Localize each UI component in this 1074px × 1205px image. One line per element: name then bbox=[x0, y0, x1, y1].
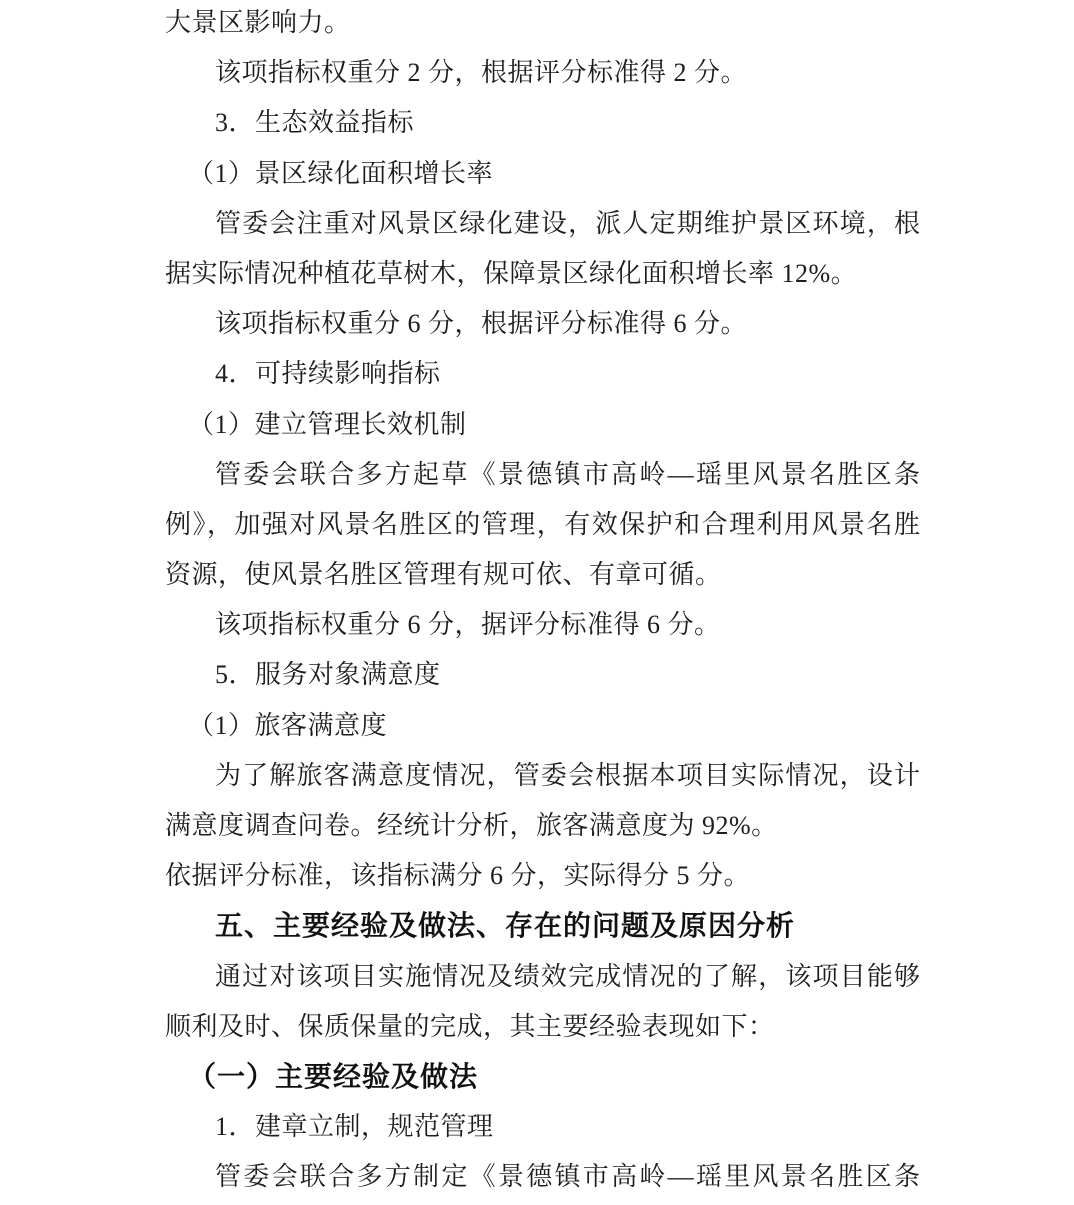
text-line: 资源，使风景名胜区管理有规可依、有章可循。 bbox=[165, 550, 920, 600]
text-line: （1）建立管理长效机制 bbox=[188, 400, 920, 450]
text-line: 顺利及时、保质保量的完成，其主要经验表现如下： bbox=[165, 1002, 920, 1052]
text-line: 3．生态效益指标 bbox=[215, 98, 920, 148]
heading-line: （一）主要经验及做法 bbox=[188, 1052, 920, 1102]
text-line: （1）旅客满意度 bbox=[188, 701, 920, 751]
document-body: 大景区影响力。该项指标权重分 2 分，根据评分标准得 2 分。3．生态效益指标（… bbox=[165, 0, 920, 1203]
heading-line: 五、主要经验及做法、存在的问题及原因分析 bbox=[215, 901, 920, 951]
text-line: 大景区影响力。 bbox=[165, 0, 920, 48]
text-line: 为了解旅客满意度情况，管委会根据本项目实际情况，设计 bbox=[215, 751, 920, 801]
text-line: 5．服务对象满意度 bbox=[215, 650, 920, 700]
text-line: 满意度调查问卷。经统计分析，旅客满意度为 92%。 bbox=[165, 801, 920, 851]
text-line: 该项指标权重分 6 分，根据评分标准得 6 分。 bbox=[215, 299, 920, 349]
text-line: 该项指标权重分 6 分，据评分标准得 6 分。 bbox=[215, 600, 920, 650]
text-line: 管委会注重对风景区绿化建设，派人定期维护景区环境，根 bbox=[215, 199, 920, 249]
text-line: 据实际情况种植花草树木，保障景区绿化面积增长率 12%。 bbox=[165, 249, 920, 299]
text-line: 依据评分标准，该指标满分 6 分，实际得分 5 分。 bbox=[165, 851, 920, 901]
text-line: 该项指标权重分 2 分，根据评分标准得 2 分。 bbox=[215, 48, 920, 98]
text-line: 管委会联合多方起草《景德镇市高岭—瑶里风景名胜区条 bbox=[215, 450, 920, 500]
text-line: 通过对该项目实施情况及绩效完成情况的了解，该项目能够 bbox=[215, 952, 920, 1002]
text-line: 1．建章立制，规范管理 bbox=[215, 1102, 920, 1152]
text-line: 例》，加强对风景名胜区的管理，有效保护和合理利用风景名胜 bbox=[165, 500, 920, 550]
text-line: （1）景区绿化面积增长率 bbox=[188, 149, 920, 199]
text-line: 管委会联合多方制定《景德镇市高岭—瑶里风景名胜区条 bbox=[215, 1152, 920, 1202]
text-line: 4．可持续影响指标 bbox=[215, 349, 920, 399]
document-page: 大景区影响力。该项指标权重分 2 分，根据评分标准得 2 分。3．生态效益指标（… bbox=[0, 0, 1074, 1205]
